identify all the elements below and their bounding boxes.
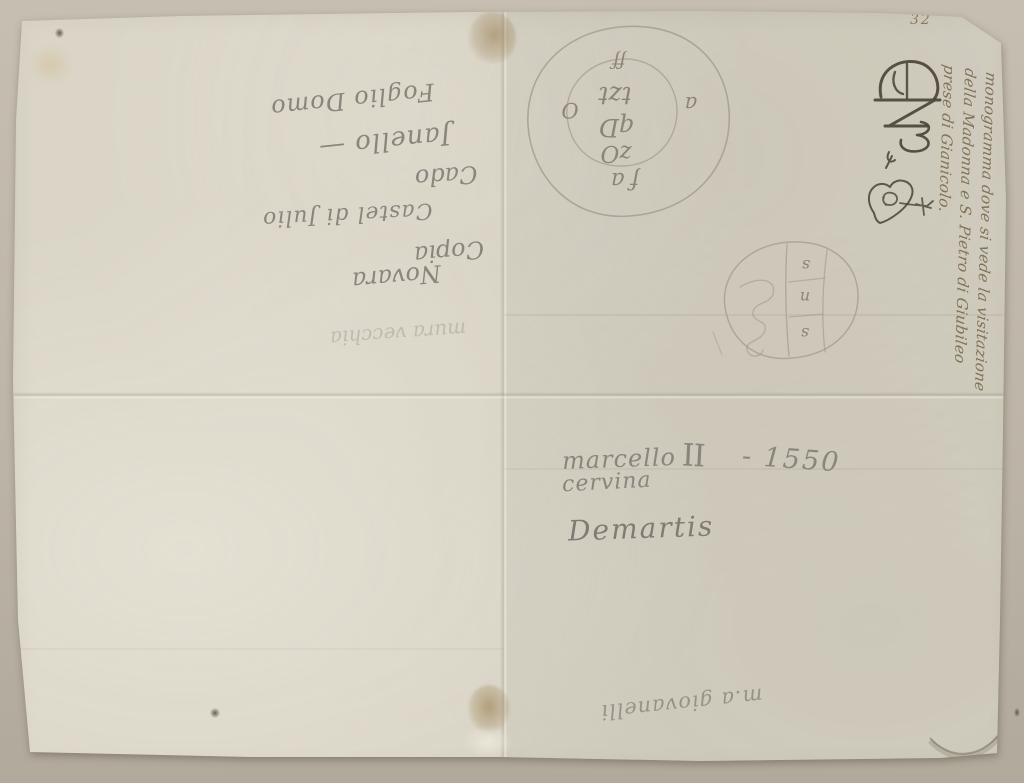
seal-outline (724, 242, 858, 359)
paper-wrapper: 32 ff tzt O a qD zO fa s (0, 0, 1024, 783)
manuscript-sheet: 32 ff tzt O a qD zO fa s (0, 0, 1024, 783)
pencil-note-line: Janello — (317, 119, 453, 163)
corner-fold (925, 722, 1005, 770)
horizontal-fold-line (14, 392, 1006, 399)
heart-mark (860, 175, 940, 235)
pencil-note-year: - 1550 (741, 441, 841, 479)
photograph-background: 32 ff tzt O a qD zO fa s (0, 0, 1024, 783)
seal-sketch: s n s (705, 232, 870, 372)
stain (468, 12, 516, 64)
pencil-note-line: Novara (351, 259, 442, 295)
sketch-letter: a (685, 92, 698, 116)
seal-letter: s (802, 256, 810, 275)
bottom-pencil-note: m.a giovanelli (599, 684, 764, 725)
vertical-fold-line (500, 12, 507, 760)
sketch-letter: zO (600, 140, 632, 166)
crease-line (18, 648, 503, 650)
heart-spiral (883, 193, 897, 205)
circle-monogram-sketch: ff tzt O a qD zO fa (515, 15, 745, 225)
sketch-letter: qD (599, 113, 635, 142)
stain (28, 45, 73, 85)
heart-outline (869, 181, 913, 223)
pencil-note-demartis: Demartis (567, 509, 714, 547)
roman-numeral: II (681, 437, 705, 474)
abrasion-mark (462, 725, 514, 759)
faint-pencil-note: mura vecchia (329, 317, 467, 350)
pencil-note-surname: cervina (561, 468, 652, 498)
pencil-note-line: Foglio Domo (269, 77, 436, 122)
ink-speck (55, 28, 64, 38)
sketch-letter: tzt (597, 81, 631, 110)
ink-speck (210, 708, 220, 718)
ink-inscription: monogramma dove si vede la visitazione d… (927, 63, 1001, 410)
seal-letter: n (800, 288, 810, 307)
background-speck (1014, 708, 1020, 717)
sketch-letter: O (561, 98, 578, 122)
seal-letter: s (801, 324, 809, 343)
sketch-letter: ff (609, 50, 628, 72)
pencil-note-line: Castel di Julio (261, 198, 433, 232)
folio-number: 32 (910, 12, 932, 28)
pencil-note-line: Cado (414, 160, 478, 192)
sketch-letter: fa (605, 167, 641, 193)
